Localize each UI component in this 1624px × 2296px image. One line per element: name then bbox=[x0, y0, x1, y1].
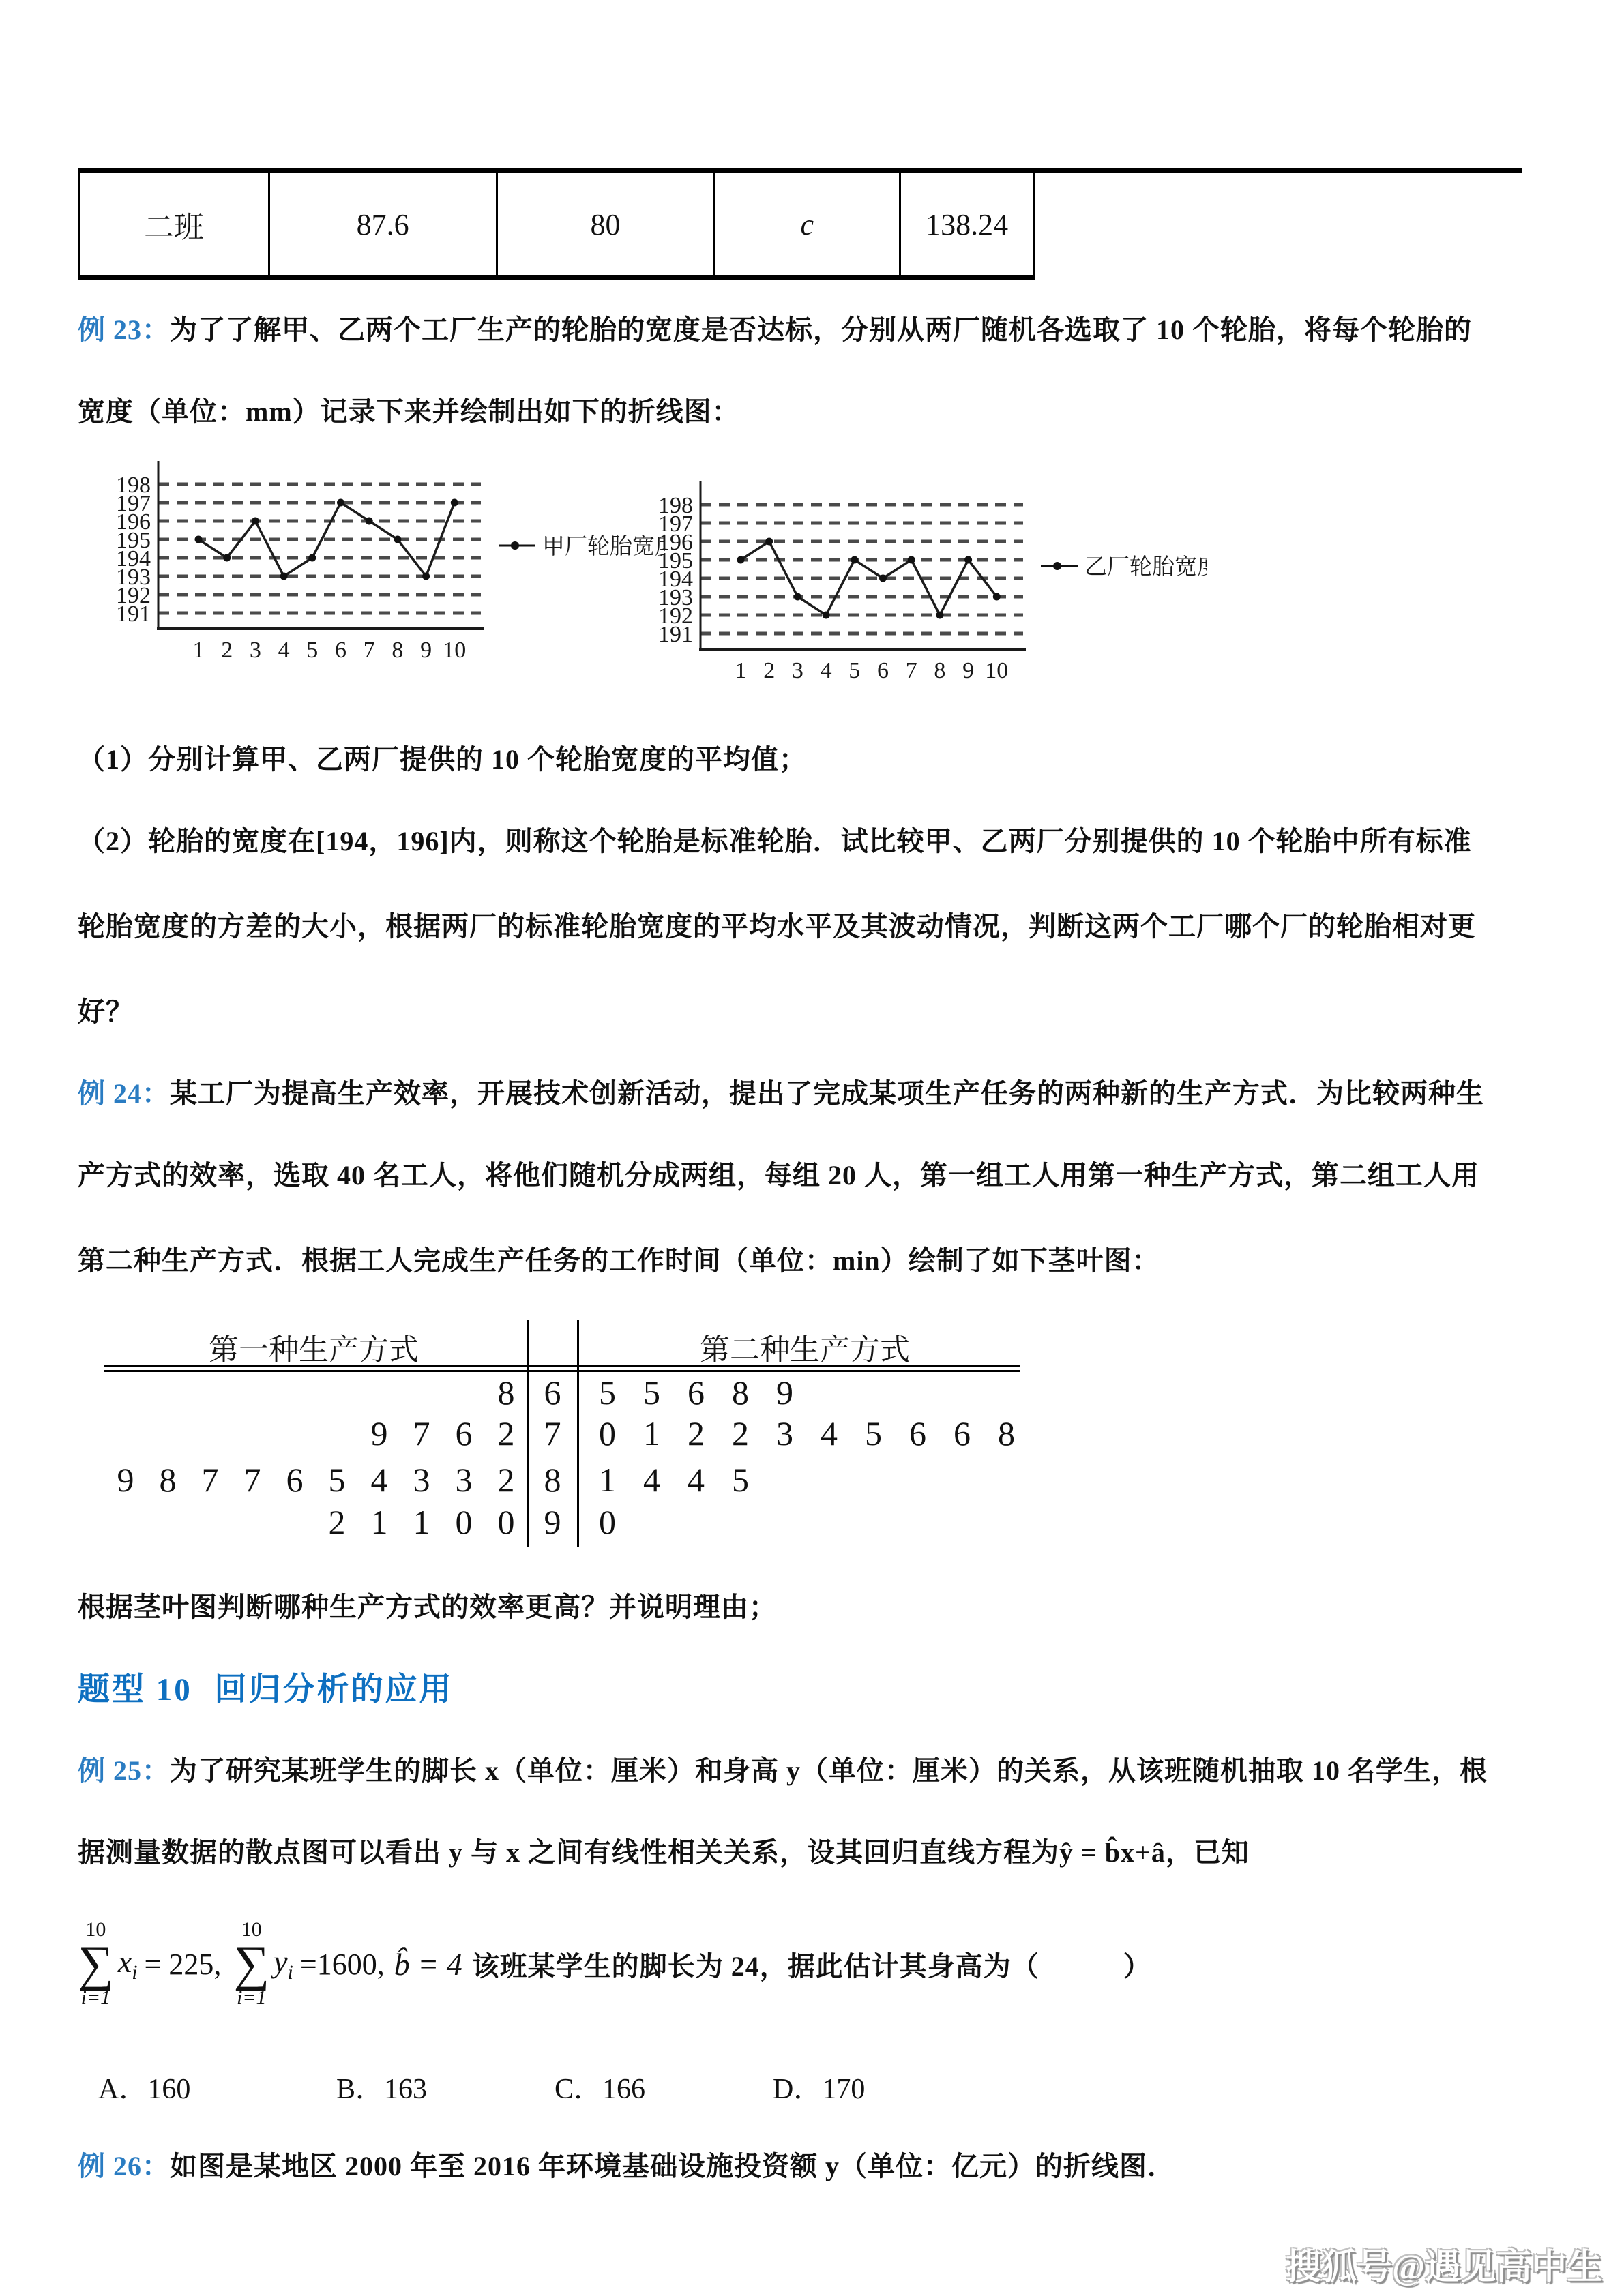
leaf-digit: 2 bbox=[316, 1502, 358, 1542]
x-tick-label: 5 bbox=[306, 638, 318, 663]
data-point bbox=[851, 556, 858, 564]
legend-marker-dot bbox=[1053, 562, 1061, 570]
example-23-line2: 宽度（单位：mm）记录下来并绘制出如下的折线图： bbox=[78, 390, 740, 429]
b-hat-eq: b̂ = 4 bbox=[394, 1946, 462, 1982]
table-cell-c: c bbox=[715, 173, 901, 275]
x-tick-label: 10 bbox=[443, 638, 466, 663]
sum-x-lower: i=1 bbox=[81, 1988, 111, 2008]
example-25-line2: 据测量数据的散点图可以看出 y 与 x 之间有线性相关关系，设其回归直线方程为ŷ… bbox=[78, 1831, 1250, 1870]
leaf-digit: 0 bbox=[443, 1502, 485, 1542]
topic-heading: 题型 10 回归分析的应用 bbox=[78, 1664, 454, 1710]
data-point bbox=[252, 518, 259, 525]
example-23-label: 例 23： bbox=[78, 314, 170, 345]
left-leaves: 21100 bbox=[316, 1502, 527, 1542]
leaf-digit: 1 bbox=[400, 1502, 443, 1542]
leaf-digit: 6 bbox=[940, 1414, 984, 1453]
example-26-line1: 例 26：如图是某地区 2000 年至 2016 年环境基础设施投资额 y（单位… bbox=[78, 2145, 1175, 2183]
leaf-digit: 8 bbox=[147, 1460, 189, 1500]
stem-digit: 7 bbox=[530, 1414, 575, 1453]
leaf-digit: 0 bbox=[585, 1502, 630, 1542]
data-point bbox=[823, 612, 830, 619]
data-point bbox=[195, 536, 203, 543]
x-tick-label: 3 bbox=[792, 658, 803, 683]
example-24-line3: 第二种生产方式．根据工人完成生产任务的工作时间（单位：min）绘制了如下茎叶图： bbox=[78, 1239, 1160, 1278]
data-point bbox=[422, 573, 430, 580]
stem-digit: 9 bbox=[530, 1502, 575, 1542]
table-top-rule bbox=[78, 168, 1522, 173]
leaf-digit: 4 bbox=[630, 1460, 674, 1500]
x-tick-label: 7 bbox=[364, 638, 375, 663]
right-leaves: 0 bbox=[585, 1502, 630, 1542]
sigma-icon: ∑ bbox=[233, 1940, 269, 1988]
sum-x-term: xi bbox=[118, 1943, 138, 1984]
question-1: （1）分别计算甲、乙两厂提供的 10 个轮胎宽度的平均值； bbox=[78, 738, 807, 777]
question-2-line3: 好？ bbox=[78, 990, 134, 1029]
right-leaves: 0122345668 bbox=[585, 1414, 1029, 1453]
example-24-label: 例 24： bbox=[78, 1078, 170, 1109]
formula-tail-text: 该班某学生的脚长为 24，据此估计其身高为（ ） bbox=[472, 1945, 1151, 1984]
table-cell-mean: 87.6 bbox=[270, 173, 498, 275]
leaf-digit: 2 bbox=[674, 1414, 718, 1453]
leaf-digit: 9 bbox=[104, 1460, 147, 1500]
sigma-icon: ∑ bbox=[78, 1940, 114, 1988]
data-point bbox=[280, 573, 288, 580]
choice-a: A．160 bbox=[98, 2066, 190, 2107]
leaf-digit: 5 bbox=[718, 1460, 763, 1500]
example-25-line1: 例 25：为了研究某班学生的脚长 x（单位：厘米）和身高 y（单位：厘米）的关系… bbox=[78, 1749, 1488, 1788]
data-point bbox=[765, 538, 773, 546]
stemleaf-row: 976270122345668 bbox=[102, 1414, 1030, 1455]
y-tick-label: 191 bbox=[116, 601, 151, 627]
leaf-digit: 9 bbox=[358, 1414, 400, 1453]
watermark-footer: 搜狐号@遇见高中生 bbox=[1286, 2238, 1602, 2289]
x-tick-label: 1 bbox=[735, 658, 747, 683]
choice-b: B．163 bbox=[336, 2066, 427, 2107]
data-point bbox=[337, 499, 344, 507]
example-23-text1: 为了了解甲、乙两个工厂生产的轮胎的宽度是否达标，分别从两厂随机各选取了 10 个… bbox=[170, 314, 1472, 345]
example-24-line1: 例 24：某工厂为提高生产效率，开展技术创新活动，提出了完成某项生产任务的两种新… bbox=[78, 1072, 1484, 1111]
stemleaf-row: 2110090 bbox=[102, 1502, 1030, 1543]
leaf-digit: 0 bbox=[585, 1414, 630, 1453]
leaf-digit: 8 bbox=[485, 1373, 527, 1412]
x-tick-label: 9 bbox=[962, 658, 974, 683]
question-2-line2: 轮胎宽度的方差的大小，根据两厂的标准轮胎宽度的平均水平及其波动情况，判断这两个工… bbox=[78, 905, 1476, 944]
leaf-digit: 5 bbox=[316, 1460, 358, 1500]
line-chart-factory-b: 19819719619519419319219112345678910乙厂轮胎宽… bbox=[634, 464, 1207, 696]
topic-title: 回归分析的应用 bbox=[215, 1672, 454, 1708]
example-24-line2: 产方式的效率，选取 40 名工人，将他们随机分成两组，每组 20 人，第一组工人… bbox=[78, 1154, 1479, 1193]
sum-y-lower: i=1 bbox=[237, 1988, 267, 2008]
data-point bbox=[794, 593, 801, 601]
data-point bbox=[737, 556, 745, 564]
x-tick-label: 8 bbox=[934, 658, 945, 683]
leaf-digit: 5 bbox=[630, 1373, 674, 1412]
table-cell-median: 80 bbox=[498, 173, 715, 275]
leaf-digit: 3 bbox=[443, 1460, 485, 1500]
leaf-digit: 6 bbox=[674, 1373, 718, 1412]
leaf-digit: 4 bbox=[807, 1414, 851, 1453]
x-tick-label: 9 bbox=[420, 638, 432, 663]
left-leaves: 9877654332 bbox=[104, 1460, 527, 1500]
example-25-text1: 为了研究某班学生的脚长 x（单位：厘米）和身高 y（单位：厘米）的关系，从该班随… bbox=[170, 1755, 1488, 1786]
stem-digit: 6 bbox=[530, 1373, 575, 1412]
example-25-label: 例 25： bbox=[78, 1755, 170, 1786]
x-tick-label: 8 bbox=[392, 638, 403, 663]
data-point bbox=[223, 554, 231, 562]
x-tick-label: 7 bbox=[906, 658, 917, 683]
leaf-digit: 0 bbox=[485, 1502, 527, 1542]
leaf-digit: 6 bbox=[443, 1414, 485, 1453]
sum-x-eq: = 225, bbox=[145, 1947, 222, 1982]
example-26-label: 例 26： bbox=[78, 2151, 170, 2181]
x-tick-label: 4 bbox=[278, 638, 290, 663]
x-tick-label: 4 bbox=[821, 658, 832, 683]
data-point bbox=[908, 556, 915, 564]
leaf-digit: 8 bbox=[984, 1414, 1029, 1453]
table-cell-class: 二班 bbox=[80, 173, 270, 275]
legend-label: 乙厂轮胎宽度 bbox=[1084, 554, 1207, 580]
leaf-digit: 5 bbox=[585, 1373, 630, 1412]
example-24-text1: 某工厂为提高生产效率，开展技术创新活动，提出了完成某项生产任务的两种新的生产方式… bbox=[170, 1078, 1484, 1109]
data-point bbox=[993, 593, 1001, 601]
stemleaf-left-title: 第一种生产方式 bbox=[102, 1325, 525, 1369]
left-leaves: 8 bbox=[485, 1373, 527, 1412]
leaf-digit: 4 bbox=[674, 1460, 718, 1500]
x-tick-label: 6 bbox=[335, 638, 346, 663]
regression-formula: 10 ∑ i=1 xi = 225, 10 ∑ i=1 yi =1600, b̂… bbox=[78, 1906, 1151, 2022]
leaf-digit: 5 bbox=[851, 1414, 896, 1453]
stemleaf-header-divider bbox=[104, 1365, 1020, 1372]
example-26-text1: 如图是某地区 2000 年至 2016 年环境基础设施投资额 y（单位：亿元）的… bbox=[170, 2151, 1175, 2181]
data-point bbox=[308, 554, 316, 562]
leaf-digit: 8 bbox=[718, 1373, 763, 1412]
x-tick-label: 2 bbox=[221, 638, 233, 663]
leaf-digit: 7 bbox=[231, 1460, 274, 1500]
choice-d: D．170 bbox=[773, 2066, 865, 2107]
x-tick-label: 6 bbox=[877, 658, 889, 683]
leaf-digit: 9 bbox=[763, 1373, 807, 1412]
x-tick-label: 3 bbox=[250, 638, 261, 663]
x-tick-label: 10 bbox=[985, 658, 1008, 683]
leaf-digit: 3 bbox=[763, 1414, 807, 1453]
leaf-digit: 3 bbox=[400, 1460, 443, 1500]
sum-y: 10 ∑ i=1 bbox=[233, 1920, 269, 2008]
sum-y-term: yi bbox=[274, 1943, 293, 1984]
leaf-digit: 1 bbox=[585, 1460, 630, 1500]
example-23-line1: 例 23：为了了解甲、乙两个工厂生产的轮胎的宽度是否达标，分别从两厂随机各选取了… bbox=[78, 308, 1472, 347]
sum-y-eq: =1600, bbox=[300, 1947, 385, 1982]
table-cell-variance: 138.24 bbox=[901, 173, 1035, 275]
stem-and-leaf-plot: 第一种生产方式 第二种生产方式 865568997627012234566898… bbox=[102, 1320, 1030, 1551]
data-point bbox=[451, 499, 458, 507]
leaf-digit: 2 bbox=[718, 1414, 763, 1453]
data-point bbox=[394, 536, 401, 543]
data-point bbox=[936, 612, 943, 619]
stemleaf-row: 987765433281445 bbox=[102, 1460, 1030, 1501]
stemleaf-row: 8655689 bbox=[102, 1373, 1030, 1414]
x-tick-label: 5 bbox=[848, 658, 860, 683]
data-point bbox=[366, 518, 373, 525]
leaf-digit: 1 bbox=[630, 1414, 674, 1453]
right-leaves: 55689 bbox=[585, 1373, 807, 1412]
leaf-digit: 7 bbox=[400, 1414, 443, 1453]
leaf-digit: 7 bbox=[189, 1460, 231, 1500]
choice-c: C．166 bbox=[555, 2066, 645, 2107]
statistics-table-row: 二班 87.6 80 c 138.24 bbox=[78, 173, 1035, 280]
sum-x: 10 ∑ i=1 bbox=[78, 1920, 114, 2008]
document-page: 二班 87.6 80 c 138.24 例 23：为了了解甲、乙两个工厂生产的轮… bbox=[0, 0, 1624, 2296]
left-leaves: 9762 bbox=[358, 1414, 527, 1453]
stem-digit: 8 bbox=[530, 1460, 575, 1500]
question-2-line1: （2）轮胎的宽度在[194，196]内，则称这个轮胎是标准轮胎．试比较甲、乙两厂… bbox=[78, 820, 1472, 859]
data-point bbox=[879, 575, 887, 582]
leaf-digit: 6 bbox=[274, 1460, 316, 1500]
x-tick-label: 2 bbox=[763, 658, 775, 683]
x-tick-label: 1 bbox=[193, 638, 205, 663]
leaf-digit: 2 bbox=[485, 1414, 527, 1453]
choices-row: A．160 B．163 C．166 D．170 bbox=[98, 2066, 1121, 2107]
y-tick-label: 191 bbox=[658, 622, 693, 647]
legend-marker-dot bbox=[511, 541, 519, 550]
leaf-digit: 6 bbox=[896, 1414, 940, 1453]
leaf-digit: 2 bbox=[485, 1460, 527, 1500]
stemleaf-right-title: 第二种生产方式 bbox=[580, 1325, 1030, 1369]
data-point bbox=[964, 556, 972, 564]
leaf-digit: 4 bbox=[358, 1460, 400, 1500]
topic-label: 题型 10 bbox=[78, 1672, 192, 1708]
leaf-digit: 1 bbox=[358, 1502, 400, 1542]
question-24: 根据茎叶图判断哪种生产方式的效率更高？并说明理由； bbox=[78, 1585, 777, 1624]
line-chart-factory-a: 19819719619519419319219112345678910甲厂轮胎宽… bbox=[92, 443, 665, 675]
right-leaves: 1445 bbox=[585, 1460, 763, 1500]
